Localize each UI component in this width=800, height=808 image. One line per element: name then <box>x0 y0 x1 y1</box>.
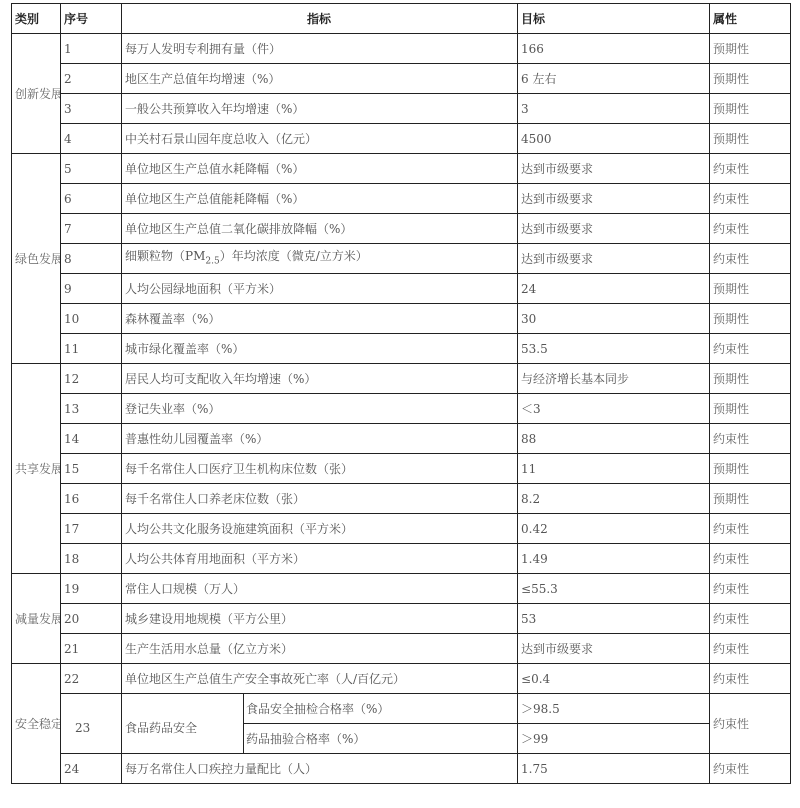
attribute-cell: 预期性 <box>710 484 791 514</box>
index-cell: 16 <box>61 484 122 514</box>
attribute-cell: 预期性 <box>710 274 791 304</box>
index-cell: 15 <box>61 454 122 484</box>
index-cell: 23 <box>61 694 122 754</box>
target-cell: 4500 <box>518 124 710 154</box>
indicator-cell: 生产生活用水总量（亿立方米） <box>122 634 518 664</box>
table-row: 17 人均公共文化服务设施建筑面积（平方米） 0.42 约束性 <box>12 514 791 544</box>
target-cell: 达到市级要求 <box>518 634 710 664</box>
target-cell: 166 <box>518 34 710 64</box>
target-cell: 3 <box>518 94 710 124</box>
attribute-cell: 预期性 <box>710 124 791 154</box>
index-cell: 9 <box>61 274 122 304</box>
indicator-cell: 人均公园绿地面积（平方米） <box>122 274 518 304</box>
table-row: 20 城乡建设用地规模（平方公里） 53 约束性 <box>12 604 791 634</box>
target-cell: 24 <box>518 274 710 304</box>
header-row: 类别 序号 指标 目标 属性 <box>12 4 791 34</box>
attribute-cell: 约束性 <box>710 154 791 184</box>
indicator-cell: 森林覆盖率（%） <box>122 304 518 334</box>
target-cell: 0.42 <box>518 514 710 544</box>
attribute-cell: 约束性 <box>710 214 791 244</box>
indicator-cell: 每万人发明专利拥有量（件） <box>122 34 518 64</box>
table-row: 9 人均公园绿地面积（平方米） 24 预期性 <box>12 274 791 304</box>
table-row: 7 单位地区生产总值二氧化碳排放降幅（%） 达到市级要求 约束性 <box>12 214 791 244</box>
index-cell: 1 <box>61 34 122 64</box>
attribute-cell: 约束性 <box>710 574 791 604</box>
target-cell: 与经济增长基本同步 <box>518 364 710 394</box>
attribute-cell: 预期性 <box>710 394 791 424</box>
index-cell: 6 <box>61 184 122 214</box>
header-attribute: 属性 <box>710 4 791 34</box>
index-cell: 21 <box>61 634 122 664</box>
category-cell: 绿色发展 <box>12 154 61 364</box>
target-cell: 1.49 <box>518 544 710 574</box>
table-row: 共享发展 12 居民人均可支配收入年均增速（%） 与经济增长基本同步 预期性 <box>12 364 791 394</box>
target-cell: 8.2 <box>518 484 710 514</box>
table-row: 18 人均公共体育用地面积（平方米） 1.49 约束性 <box>12 544 791 574</box>
indicator-cell: 地区生产总值年均增速（%） <box>122 64 518 94</box>
table-row: 11 城市绿化覆盖率（%） 53.5 约束性 <box>12 334 791 364</box>
indicator-cell: 每千名常住人口养老床位数（张） <box>122 484 518 514</box>
indicator-text: ）年均浓度（微克/立方米） <box>220 249 368 263</box>
indicator-cell: 城乡建设用地规模（平方公里） <box>122 604 518 634</box>
table-row: 绿色发展 5 单位地区生产总值水耗降幅（%） 达到市级要求 约束性 <box>12 154 791 184</box>
attribute-cell: 预期性 <box>710 34 791 64</box>
index-cell: 7 <box>61 214 122 244</box>
target-cell: 11 <box>518 454 710 484</box>
attribute-cell: 约束性 <box>710 244 791 274</box>
index-cell: 4 <box>61 124 122 154</box>
index-cell: 22 <box>61 664 122 694</box>
table-row: 10 森林覆盖率（%） 30 预期性 <box>12 304 791 334</box>
attribute-cell: 约束性 <box>710 424 791 454</box>
index-cell: 3 <box>61 94 122 124</box>
table-row: 14 普惠性幼儿园覆盖率（%） 88 约束性 <box>12 424 791 454</box>
attribute-cell: 预期性 <box>710 94 791 124</box>
target-cell: 30 <box>518 304 710 334</box>
indicator-group-cell: 食品药品安全 <box>122 694 244 754</box>
attribute-cell: 预期性 <box>710 64 791 94</box>
target-cell: ＞98.5 <box>518 694 710 724</box>
table-row: 23 食品药品安全 食品安全抽检合格率（%） ＞98.5 约束性 <box>12 694 791 724</box>
indicator-cell: 单位地区生产总值水耗降幅（%） <box>122 154 518 184</box>
table-row: 13 登记失业率（%） ＜3 预期性 <box>12 394 791 424</box>
indicator-cell: 中关村石景山园年度总收入（亿元） <box>122 124 518 154</box>
indicator-cell: 单位地区生产总值生产安全事故死亡率（人/百亿元） <box>122 664 518 694</box>
indicator-cell: 一般公共预算收入年均增速（%） <box>122 94 518 124</box>
table-row: 创新发展 1 每万人发明专利拥有量（件） 166 预期性 <box>12 34 791 64</box>
category-cell: 共享发展 <box>12 364 61 574</box>
sub-indicator-cell: 食品安全抽检合格率（%） <box>244 694 518 724</box>
table-row: 安全稳定 22 单位地区生产总值生产安全事故死亡率（人/百亿元） ≤0.4 约束… <box>12 664 791 694</box>
index-cell: 18 <box>61 544 122 574</box>
header-index: 序号 <box>61 4 122 34</box>
index-cell: 10 <box>61 304 122 334</box>
table-row: 4 中关村石景山园年度总收入（亿元） 4500 预期性 <box>12 124 791 154</box>
table-row: 21 生产生活用水总量（亿立方米） 达到市级要求 约束性 <box>12 634 791 664</box>
target-cell: 53 <box>518 604 710 634</box>
indicator-cell: 普惠性幼儿园覆盖率（%） <box>122 424 518 454</box>
attribute-cell: 预期性 <box>710 364 791 394</box>
target-cell: 达到市级要求 <box>518 244 710 274</box>
indicator-cell: 城市绿化覆盖率（%） <box>122 334 518 364</box>
index-cell: 19 <box>61 574 122 604</box>
table-row: 8 细颗粒物（PM2.5）年均浓度（微克/立方米） 达到市级要求 约束性 <box>12 244 791 274</box>
category-cell: 减量发展 <box>12 574 61 664</box>
attribute-cell: 约束性 <box>710 334 791 364</box>
index-cell: 17 <box>61 514 122 544</box>
index-cell: 11 <box>61 334 122 364</box>
category-cell: 创新发展 <box>12 34 61 154</box>
index-cell: 2 <box>61 64 122 94</box>
attribute-cell: 预期性 <box>710 304 791 334</box>
attribute-cell: 约束性 <box>710 544 791 574</box>
target-cell: ＞99 <box>518 724 710 754</box>
target-cell: 1.75 <box>518 754 710 784</box>
target-cell: 53.5 <box>518 334 710 364</box>
attribute-cell: 预期性 <box>710 454 791 484</box>
table-row: 3 一般公共预算收入年均增速（%） 3 预期性 <box>12 94 791 124</box>
target-cell: ≤55.3 <box>518 574 710 604</box>
target-cell: 6 左右 <box>518 64 710 94</box>
index-cell: 13 <box>61 394 122 424</box>
header-target: 目标 <box>518 4 710 34</box>
indicator-cell: 登记失业率（%） <box>122 394 518 424</box>
attribute-cell: 约束性 <box>710 514 791 544</box>
index-cell: 8 <box>61 244 122 274</box>
indicator-cell: 单位地区生产总值能耗降幅（%） <box>122 184 518 214</box>
indicator-cell: 人均公共体育用地面积（平方米） <box>122 544 518 574</box>
index-cell: 14 <box>61 424 122 454</box>
sub-indicator-cell: 药品抽验合格率（%） <box>244 724 518 754</box>
index-cell: 12 <box>61 364 122 394</box>
attribute-cell: 约束性 <box>710 664 791 694</box>
indicator-cell: 居民人均可支配收入年均增速（%） <box>122 364 518 394</box>
attribute-cell: 约束性 <box>710 184 791 214</box>
target-cell: ＜3 <box>518 394 710 424</box>
category-cell: 安全稳定 <box>12 664 61 784</box>
header-indicator: 指标 <box>122 4 518 34</box>
target-cell: 达到市级要求 <box>518 214 710 244</box>
indicator-text: 细颗粒物（PM <box>125 249 205 263</box>
attribute-cell: 约束性 <box>710 634 791 664</box>
header-category: 类别 <box>12 4 61 34</box>
table-row: 15 每千名常住人口医疗卫生机构床位数（张） 11 预期性 <box>12 454 791 484</box>
table-row: 减量发展 19 常住人口规模（万人） ≤55.3 约束性 <box>12 574 791 604</box>
attribute-cell: 约束性 <box>710 694 791 754</box>
index-cell: 24 <box>61 754 122 784</box>
subscript: 2.5 <box>205 256 219 266</box>
target-cell: 88 <box>518 424 710 454</box>
indicator-table: 类别 序号 指标 目标 属性 创新发展 1 每万人发明专利拥有量（件） 166 … <box>11 3 791 784</box>
attribute-cell: 约束性 <box>710 604 791 634</box>
indicator-cell: 每万名常住人口疾控力量配比（人） <box>122 754 518 784</box>
target-cell: 达到市级要求 <box>518 184 710 214</box>
target-cell: ≤0.4 <box>518 664 710 694</box>
indicator-cell: 常住人口规模（万人） <box>122 574 518 604</box>
table-row: 2 地区生产总值年均增速（%） 6 左右 预期性 <box>12 64 791 94</box>
table-row: 16 每千名常住人口养老床位数（张） 8.2 预期性 <box>12 484 791 514</box>
index-cell: 5 <box>61 154 122 184</box>
target-cell: 达到市级要求 <box>518 154 710 184</box>
attribute-cell: 约束性 <box>710 754 791 784</box>
indicator-cell: 单位地区生产总值二氧化碳排放降幅（%） <box>122 214 518 244</box>
indicator-cell: 人均公共文化服务设施建筑面积（平方米） <box>122 514 518 544</box>
indicator-cell: 每千名常住人口医疗卫生机构床位数（张） <box>122 454 518 484</box>
indicator-cell: 细颗粒物（PM2.5）年均浓度（微克/立方米） <box>122 244 518 274</box>
table-row: 24 每万名常住人口疾控力量配比（人） 1.75 约束性 <box>12 754 791 784</box>
index-cell: 20 <box>61 604 122 634</box>
table-row: 6 单位地区生产总值能耗降幅（%） 达到市级要求 约束性 <box>12 184 791 214</box>
